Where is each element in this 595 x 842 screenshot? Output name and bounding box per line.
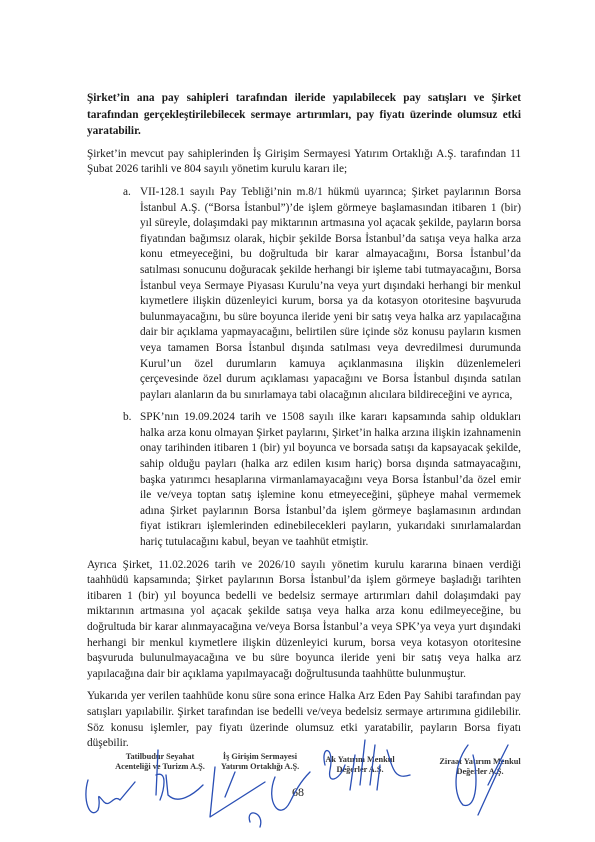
intro-paragraph: Şirket’in mevcut pay sahiplerinden İş Gi… [87,147,521,178]
signatory-name-line2: Acenteliği ve Turizm A.Ş. [100,762,220,772]
list-item: b. SPK’nın 19.09.2024 tarih ve 1508 sayı… [87,410,521,550]
list-item: a. VII-128.1 sayılı Pay Tebliği’nin m.8/… [87,185,521,403]
section-heading: Şirket’in ana pay sahipleri tarafından i… [87,90,521,140]
document-body: Şirket’in ana pay sahipleri tarafından i… [87,90,521,759]
signature-scribble-icon [80,770,140,830]
company-commitment-paragraph: Ayrıca Şirket, 11.02.2026 tarih ve 2026/… [87,558,521,683]
list-marker: a. [123,185,131,201]
signatory-name-line2: Yatırım Ortaklığı A.Ş. [200,762,320,772]
list-item-text: SPK’nın 19.09.2024 tarih ve 1508 sayılı … [140,411,521,548]
signatory-name-line2: Değerler A.Ş. [305,765,415,775]
commitment-list: a. VII-128.1 sayılı Pay Tebliği’nin m.8/… [87,185,521,551]
closing-paragraph: Yukarıda yer verilen taahhüde konu süre … [87,689,521,751]
signatory-ziraat-yatirim: Ziraat Yatırım Menkul Değerler A.Ş. [420,757,540,777]
list-item-text: VII-128.1 sayılı Pay Tebliği’nin m.8/1 h… [140,186,521,401]
page-number: 68 [292,785,304,800]
list-marker: b. [123,410,131,426]
signature-scribble-icon [205,762,315,832]
signatory-name-line2: Değerler A.Ş. [420,767,540,777]
